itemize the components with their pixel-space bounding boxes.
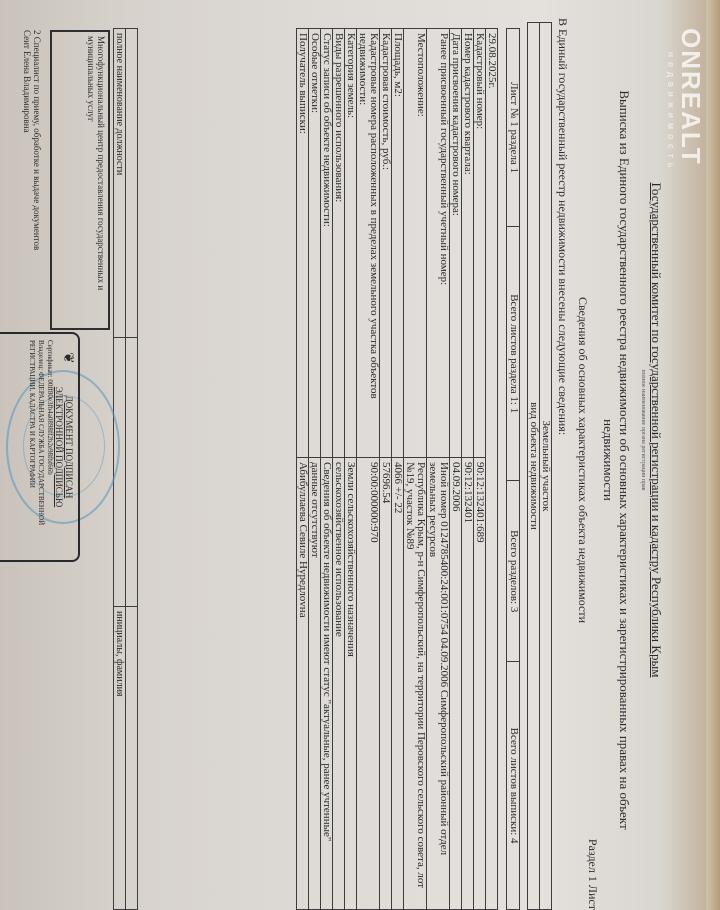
object-kind-caption: вид объекта недвижимости	[528, 23, 540, 910]
sheet-info-table: Лист № 1 раздела 1 Всего листов раздела …	[506, 28, 520, 910]
table-row: Статус записи об объекте недвижимости:Св…	[321, 29, 333, 910]
initials-header: инициалы, фамилия	[114, 607, 126, 910]
table-row: Местоположение:Республика Крым, р-н Симф…	[404, 29, 427, 910]
table-row: Площадь, м2:4066 +/- 22	[392, 29, 404, 910]
table-row: Категория земель:Земли сельскохозяйствен…	[345, 29, 357, 910]
emblem-icon: ❦	[59, 352, 76, 364]
esign-owner: Владелец: ФЕДЕРАЛЬНАЯ СЛУЖБА ГОСУДАРСТВЕ…	[36, 334, 45, 560]
sheet-number: Лист № 1 раздела 1	[507, 29, 520, 227]
mfc-position: 2 Специалист по приему, обработке и выда…	[22, 30, 42, 250]
esign-owner-2: РЕГИСТРАЦИИ, КАДАСТРА И КАРТОГРАФИИ	[27, 334, 36, 560]
extract-document: ONREALT недвижимость Государственный ком…	[0, 0, 720, 910]
esign-certificate: Сертификат: 00ff80e3fb4a0898ff2b2e98fbf6…	[45, 334, 54, 560]
table-row: Ранее присвоенный государственный учетны…	[427, 29, 450, 910]
intro-text: В Единый государственный реестр недвижим…	[555, 18, 570, 435]
organization-name: Государственный комитет по государственн…	[648, 150, 664, 710]
table-row: Дата присвоения кадастрового номера:04.0…	[450, 29, 462, 910]
electronic-signature-box: ДОКУМЕНТ ПОДПИСАН ЭЛЕКТРОННОЙ ПОДПИСЬЮ С…	[0, 332, 80, 562]
specialist-name: Сеит Елена Владимировна	[22, 30, 32, 133]
table-row: Особые отметки:данные отсутствуют	[309, 29, 321, 910]
object-kind-table: Земельный участок вид объекта недвижимос…	[527, 22, 552, 910]
organization-note: полное наименование органа регистрации п…	[640, 150, 646, 710]
sheets-in-section: Всего листов раздела 1: 1	[507, 227, 520, 481]
sheets-total: Всего листов выписки: 4	[507, 662, 520, 910]
table-row: Кадастровый номер:90:12:132401:689	[474, 29, 486, 910]
document-title: Выписка из Единого государственного реес…	[600, 60, 632, 860]
table-row: Номер кадастрового квартала:90:12:132401	[462, 29, 474, 910]
esign-title: ДОКУМЕНТ ПОДПИСАН	[64, 334, 74, 560]
characteristics-table: 29.08.2025г. Кадастровый номер:90:12:132…	[296, 28, 498, 910]
table-row: Кадастровые номера расположенных в преде…	[357, 29, 380, 910]
position-header: полное наименование должности	[114, 29, 126, 338]
object-kind-value: Земельный участок	[540, 23, 552, 910]
table-row: Получатель выписки:Абибуллаева Севиле Ну…	[297, 29, 309, 910]
extract-date: 29.08.2025г.	[486, 29, 498, 910]
mfc-box: Многофункциональный центр предоставления…	[50, 30, 110, 330]
watermark-brand: ONREALT	[675, 28, 706, 166]
table-row: Кадастровая стоимость, руб.:57696.54	[380, 29, 392, 910]
document-subtitle: Сведения об основных характеристиках объ…	[575, 60, 590, 860]
esign-subtitle: ЭЛЕКТРОННОЙ ПОДПИСЬЮ	[54, 334, 64, 560]
table-row: Виды разрешенного использования:сельскох…	[333, 29, 345, 910]
sections-total: Всего разделов: 3	[507, 481, 520, 662]
watermark-sub: недвижимость	[666, 52, 676, 172]
